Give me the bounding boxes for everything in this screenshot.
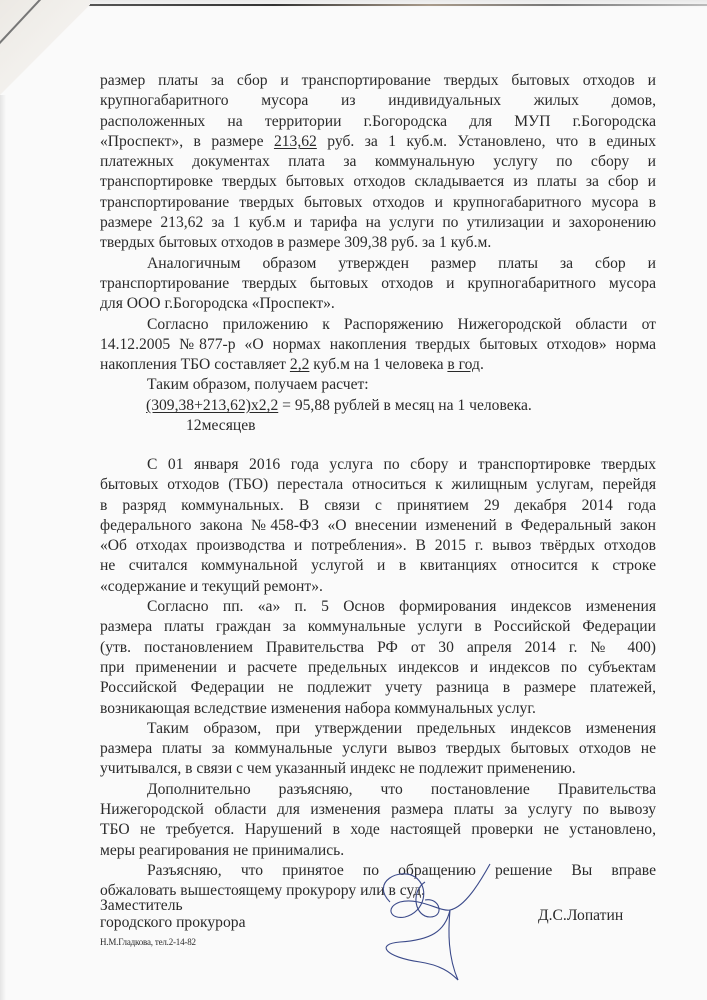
paragraph: Согласно пп. «а» п. 5 Основ формирования…	[100, 597, 656, 719]
text-line: не считался коммунальной услугой и в кви…	[100, 556, 656, 576]
paragraph: Согласно приложению к Распоряжению Нижег…	[100, 315, 656, 376]
text-line: крупногабаритного мусора из индивидуальн…	[100, 91, 656, 111]
text-line: «содержание и текущий ремонт».	[100, 577, 656, 597]
signatory-position: Заместитель городского прокурора	[100, 897, 246, 931]
text-line-with-underline: «Проспект», в размере 213,62 руб. за 1 к…	[100, 132, 656, 152]
text-line: Российской Федерации не подлежит учету р…	[100, 678, 656, 698]
position-line: Заместитель	[100, 897, 246, 914]
text-line: Нижегородской области для изменения разм…	[100, 800, 656, 820]
text-line: транспортировке твердых бытовых отходов …	[100, 172, 656, 192]
paragraph: Таким образом, при утверждении предельны…	[100, 719, 656, 780]
paragraph: Дополнительно разъясняю, что постановлен…	[100, 780, 656, 861]
formula-denominator: 12месяцев	[146, 416, 532, 436]
text-line: в разряд коммунальных. В связи с приняти…	[100, 496, 656, 516]
text-line: С 01 января 2016 года услуга по сбору и …	[100, 455, 656, 475]
paragraph: Таким образом, получаем расчет:	[100, 375, 656, 395]
text-line: размер платы за сбор и транспортирование…	[100, 71, 656, 91]
text-line: меры реагирования не принимались.	[100, 841, 656, 861]
text-line: Согласно пп. «а» п. 5 Основ формирования…	[100, 597, 656, 617]
text-line: Таким образом, при утверждении предельны…	[100, 719, 656, 739]
text-line-with-underline: накопления ТБО составляет 2,2 куб.м на 1…	[100, 355, 656, 375]
text-line: возникающая вследствие изменения набора …	[100, 699, 656, 719]
handwritten-signature-icon	[330, 862, 530, 982]
text-line: (утв. постановлением Правительства РФ от…	[100, 638, 656, 658]
text-line: Дополнительно разъясняю, что постановлен…	[100, 780, 656, 800]
page-left-edge	[0, 95, 6, 1000]
signatory-name: Д.С.Лопатин	[538, 907, 623, 925]
letter-body-continued: С 01 января 2016 года услуга по сбору и …	[100, 455, 656, 902]
text-line: расположенных на территории г.Богородска…	[100, 112, 656, 132]
text-line: транспортирование твердых бытовых отходо…	[100, 193, 656, 213]
formula-numerator: (309,38+213,62)x2,2	[146, 397, 278, 414]
text-line: твердых бытовых отходов в размере 309,38…	[100, 233, 656, 253]
paragraph: Аналогичным образом утвержден размер пла…	[100, 254, 656, 315]
letter-body: размер платы за сбор и транспортирование…	[100, 71, 656, 396]
text-line: Аналогичным образом утвержден размер пла…	[100, 254, 656, 274]
executor-contact: Н.М.Гладкова, тел.2-14-82	[100, 937, 196, 947]
folded-corner	[0, 0, 90, 95]
text-line: Согласно приложению к Распоряжению Нижег…	[100, 315, 656, 335]
text-line: для ООО г.Богородска «Проспект».	[100, 294, 656, 314]
paragraph: С 01 января 2016 года услуга по сбору и …	[100, 455, 656, 597]
position-line: городского прокурора	[100, 914, 246, 931]
text-line: федерального закона №458-ФЗ «О внесении …	[100, 516, 656, 536]
text-line: ТБО не требуется. Нарушений в ходе насто…	[100, 820, 656, 840]
text-line: 14.12.2005 №877-р «О нормах накопления т…	[100, 335, 656, 355]
text-line: Таким образом, получаем расчет:	[100, 375, 656, 395]
text-line: размере 213,62 за 1 куб.м и тарифа на ус…	[100, 213, 656, 233]
text-line: размера платы граждан за коммунальные ус…	[100, 617, 656, 637]
paragraph: размер платы за сбор и транспортирование…	[100, 71, 656, 254]
formula-result: = 95,88 рублей в месяц на 1 человека.	[278, 397, 532, 414]
text-line: размера платы за коммунальные услуги выв…	[100, 739, 656, 759]
page-top-edge	[88, 4, 707, 6]
calculation-formula: (309,38+213,62)x2,2 = 95,88 рублей в мес…	[146, 396, 532, 436]
text-line: при применении и расчете предельных инде…	[100, 658, 656, 678]
text-line: «Об отходах производства и потребления».…	[100, 536, 656, 556]
text-line: учитывался, в связи с чем указанный инде…	[100, 759, 656, 779]
text-line: платежных документах плата за коммунальн…	[100, 152, 656, 172]
text-line: транспортирование твердых бытовых отходо…	[100, 274, 656, 294]
text-line: бытовых отходов (ТБО) перестала относить…	[100, 475, 656, 495]
